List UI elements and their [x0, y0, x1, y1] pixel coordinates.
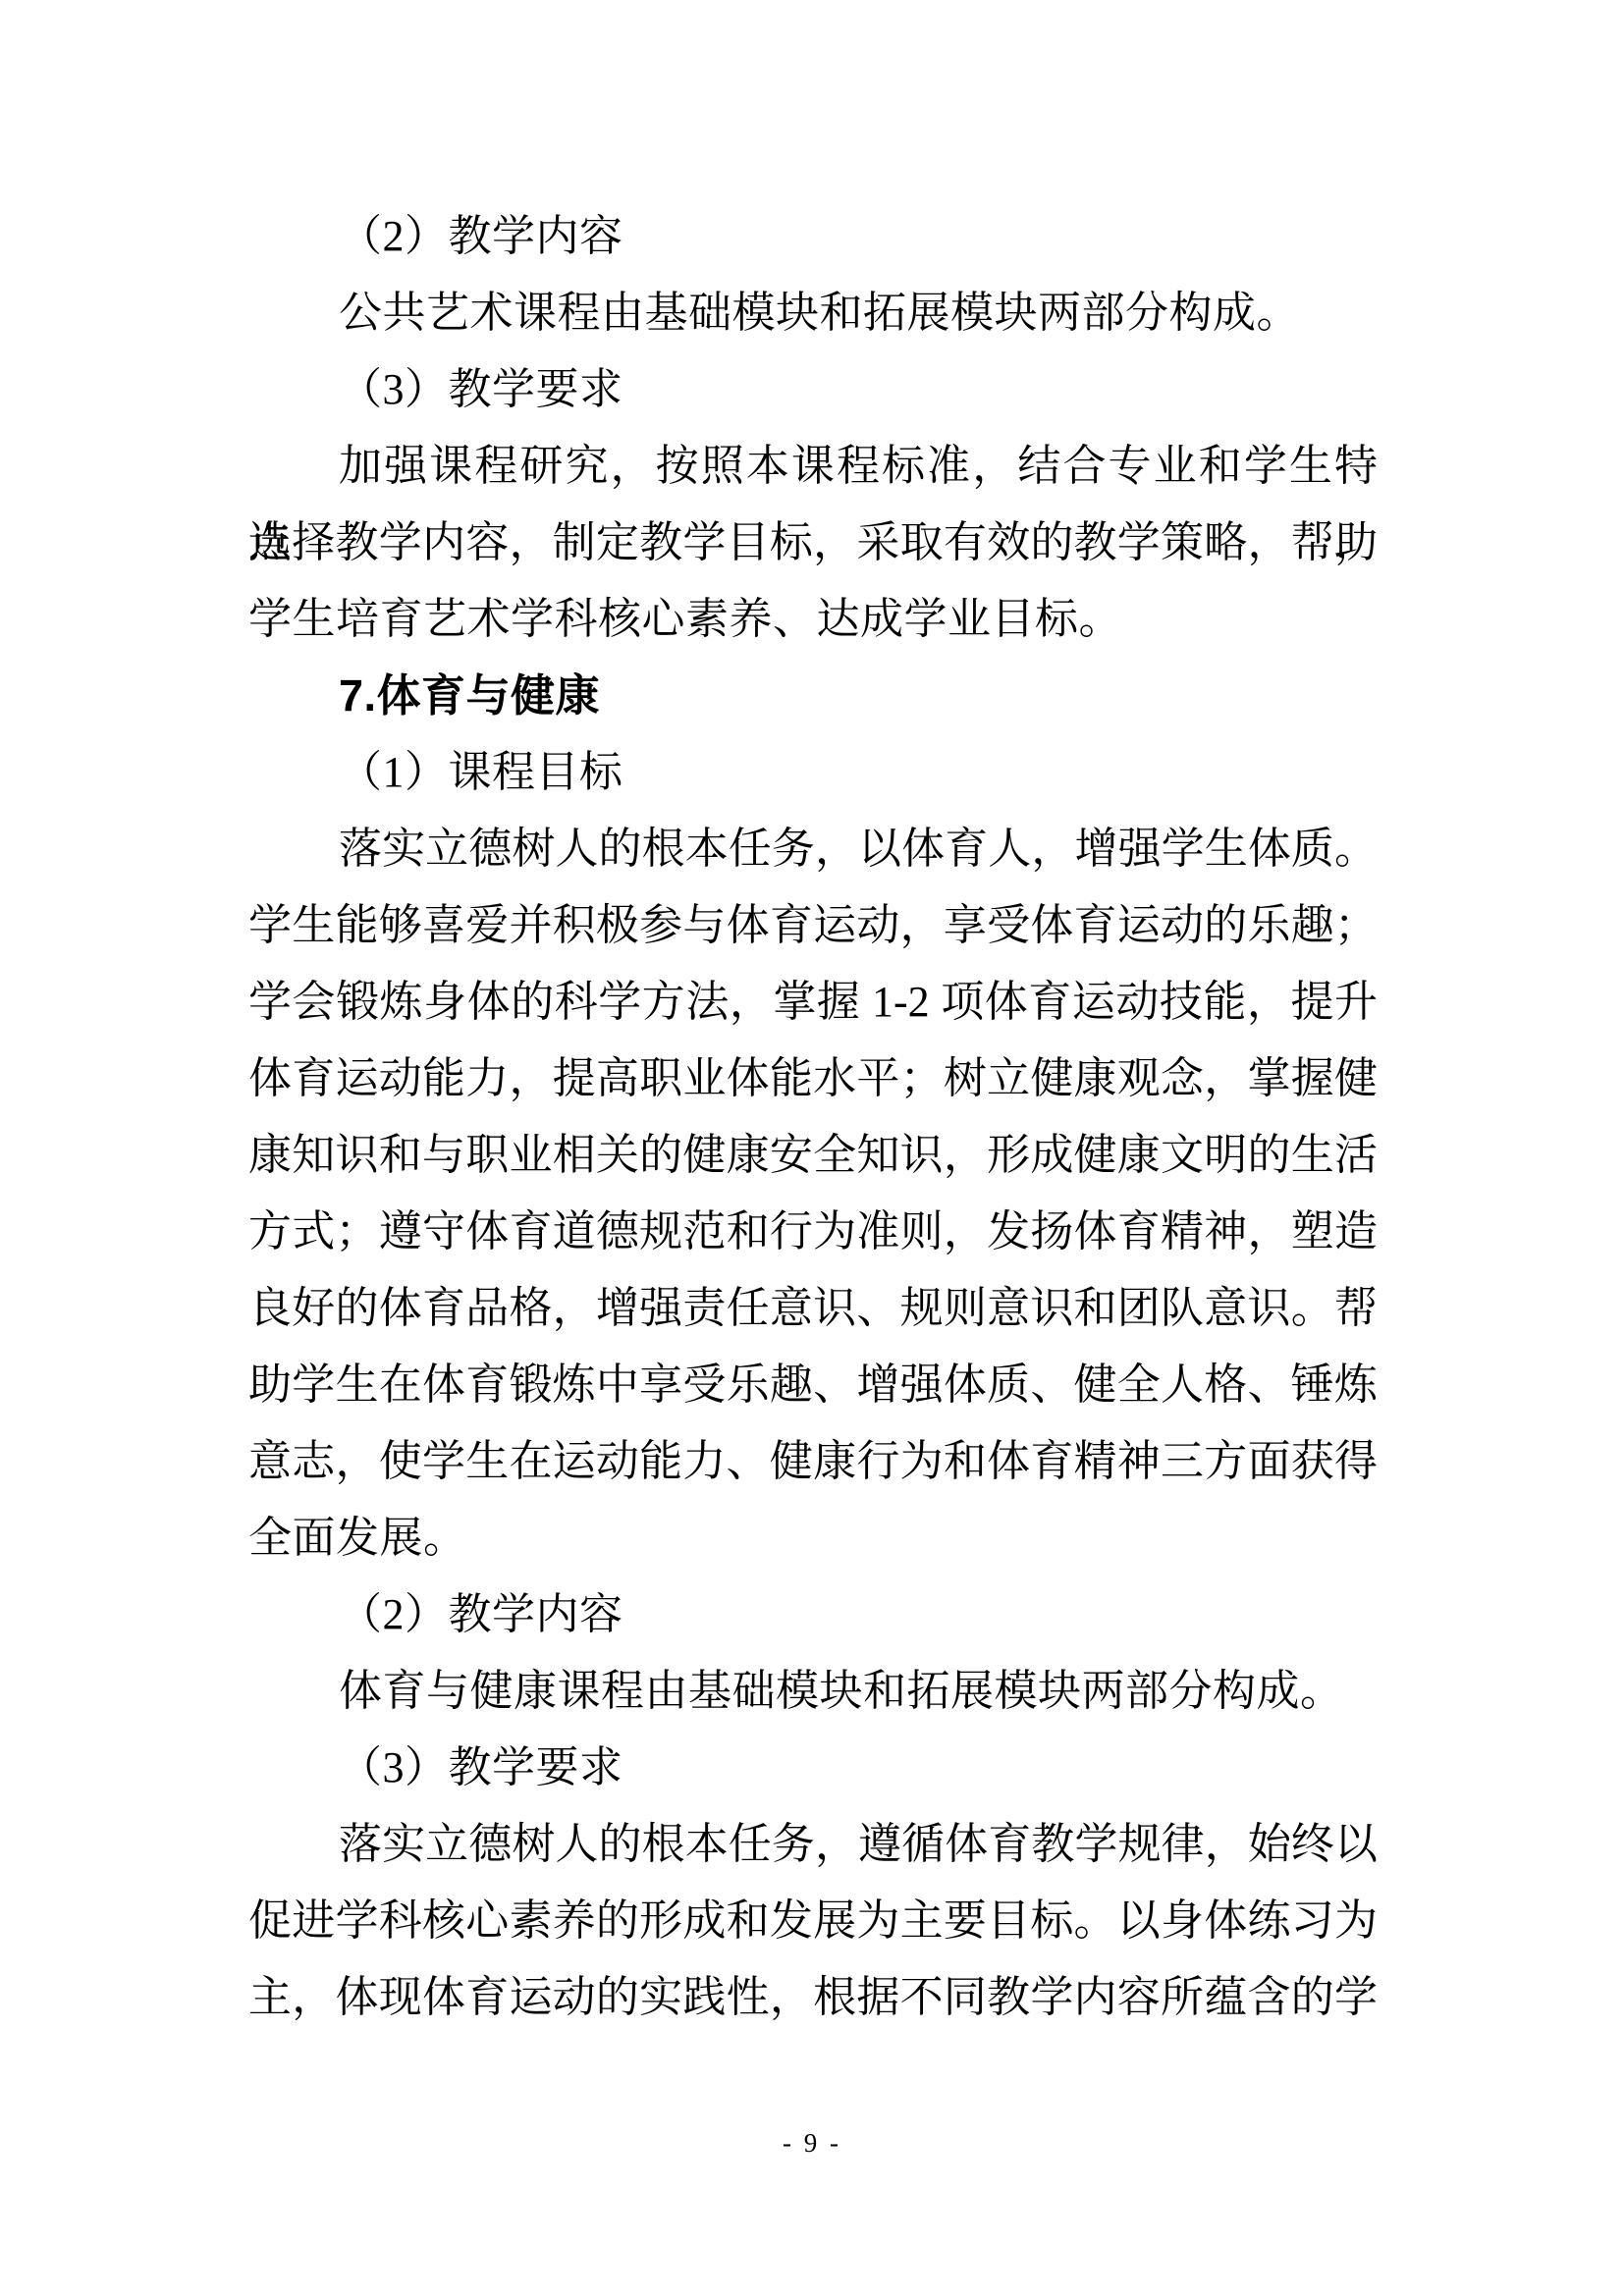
text-line: 促进学科核心素养的形成和发展为主要目标。以身体练习为	[248, 1883, 1378, 1959]
text-line: （2）教学内容	[248, 198, 1378, 275]
text-line: 学会锻炼身体的科学方法，掌握 1-2 项体育运动技能，提升	[248, 964, 1378, 1041]
text-line: （2）教学内容	[248, 1576, 1378, 1653]
text-line: 意志，使学生在运动能力、健康行为和体育精神三方面获得	[248, 1423, 1378, 1500]
text-line: 加强课程研究，按照本课程标准，结合专业和学生特点，	[248, 428, 1378, 505]
text-line: 落实立德树人的根本任务，以体育人，增强学生体质。	[248, 811, 1378, 887]
page-footer: - 9 -	[0, 2123, 1624, 2163]
document-page: （2）教学内容 公共艺术课程由基础模块和拓展模块两部分构成。 （3）教学要求 加…	[0, 0, 1624, 2296]
page-number: - 9 -	[783, 2128, 841, 2158]
text-line: 公共艺术课程由基础模块和拓展模块两部分构成。	[248, 275, 1378, 351]
text-line: 落实立德树人的根本任务，遵循体育教学规律，始终以	[248, 1806, 1378, 1883]
text-line: 体育运动能力，提高职业体能水平；树立健康观念，掌握健	[248, 1041, 1378, 1117]
text-line: 良好的体育品格，增强责任意识、规则意识和团队意识。帮	[248, 1270, 1378, 1347]
section-heading: 7.体育与健康	[248, 658, 1378, 734]
text-line: 学生能够喜爱并积极参与体育运动，享受体育运动的乐趣；	[248, 887, 1378, 964]
text-line: （3）教学要求	[248, 1730, 1378, 1806]
text-line: 全面发展。	[248, 1500, 1378, 1576]
text-line: 体育与健康课程由基础模块和拓展模块两部分构成。	[248, 1653, 1378, 1730]
text-line: 主，体现体育运动的实践性，根据不同教学内容所蕴含的学	[248, 1959, 1378, 2036]
text-line: 学生培育艺术学科核心素养、达成学业目标。	[248, 581, 1378, 658]
text-line: 康知识和与职业相关的健康安全知识，形成健康文明的生活	[248, 1117, 1378, 1194]
text-line: （1）课程目标	[248, 734, 1378, 811]
text-line: 选择教学内容，制定教学目标，采取有效的教学策略，帮助	[248, 505, 1378, 581]
text-block: （2）教学内容 公共艺术课程由基础模块和拓展模块两部分构成。 （3）教学要求 加…	[248, 198, 1378, 2036]
text-line: 方式；遵守体育道德规范和行为准则，发扬体育精神，塑造	[248, 1194, 1378, 1270]
text-line: 助学生在体育锻炼中享受乐趣、增强体质、健全人格、锤炼	[248, 1347, 1378, 1423]
text-line: （3）教学要求	[248, 351, 1378, 428]
